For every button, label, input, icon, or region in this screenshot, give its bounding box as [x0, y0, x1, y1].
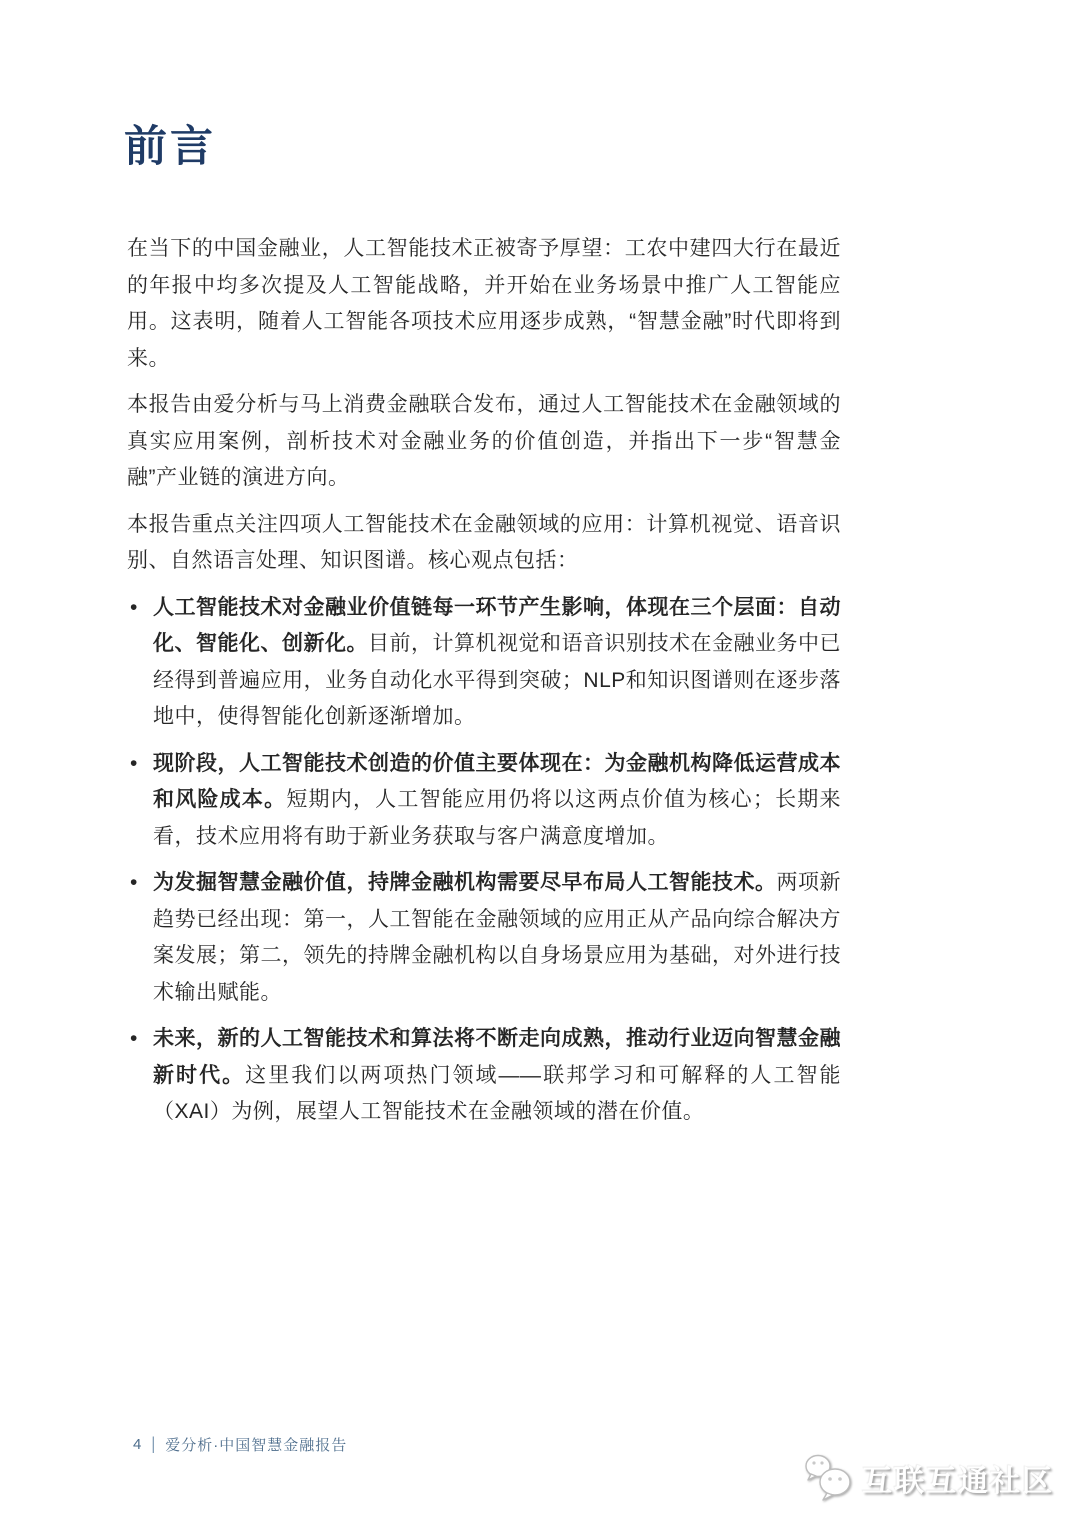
- paragraph-2: 本报告由爱分析与马上消费金融联合发布，通过人工智能技术在金融领域的真实应用案例，…: [127, 387, 841, 497]
- bullet-item-1: •人工智能技术对金融业价值链每一环节产生影响，体现在三个层面：自动化、智能化、创…: [127, 590, 841, 736]
- paragraph-3: 本报告重点关注四项人工智能技术在金融领域的应用：计算机视觉、语音识别、自然语言处…: [127, 507, 841, 580]
- bullet-marker: •: [130, 1021, 138, 1058]
- bullet-4-rest-text: 这里我们以两项热门领域——联邦学习和可解释的人工智能（XAI）为例，展望人工智能…: [153, 1064, 841, 1124]
- page-number: 4: [133, 1436, 142, 1453]
- wechat-icon: [803, 1452, 855, 1504]
- bullet-item-3: •为发掘智慧金融价值，持牌金融机构需要尽早布局人工智能技术。两项新趋势已经出现：…: [127, 865, 841, 1011]
- footer-report-name: 爱分析·中国智慧金融报告: [165, 1434, 347, 1455]
- paragraph-1: 在当下的中国金融业，人工智能技术正被寄予厚望：工农中建四大行在最近的年报中均多次…: [127, 231, 841, 377]
- page-footer: 4 | 爱分析·中国智慧金融报告: [133, 1434, 347, 1455]
- page-title: 前言: [124, 121, 216, 175]
- bullet-item-2: •现阶段，人工智能技术创造的价值主要体现在：为金融机构降低运营成本和风险成本。短…: [127, 746, 841, 856]
- content-area: 在当下的中国金融业，人工智能技术正被寄予厚望：工农中建四大行在最近的年报中均多次…: [127, 231, 841, 1131]
- footer-separator: |: [151, 1435, 156, 1455]
- bullet-marker: •: [130, 865, 138, 902]
- bullet-marker: •: [130, 746, 138, 783]
- watermark: 互联互通社区: [803, 1452, 1054, 1504]
- bullet-item-4: •未来，新的人工智能技术和算法将不断走向成熟，推动行业迈向智慧金融新时代。这里我…: [127, 1021, 841, 1131]
- document-page: 前言 在当下的中国金融业，人工智能技术正被寄予厚望：工农中建四大行在最近的年报中…: [0, 0, 1080, 1528]
- bullet-3-bold-text: 为发掘智慧金融价值，持牌金融机构需要尽早布局人工智能技术。: [153, 871, 777, 894]
- bullet-list: •人工智能技术对金融业价值链每一环节产生影响，体现在三个层面：自动化、智能化、创…: [127, 590, 841, 1131]
- bullet-marker: •: [130, 590, 138, 627]
- watermark-label: 互联互通社区: [862, 1456, 1054, 1500]
